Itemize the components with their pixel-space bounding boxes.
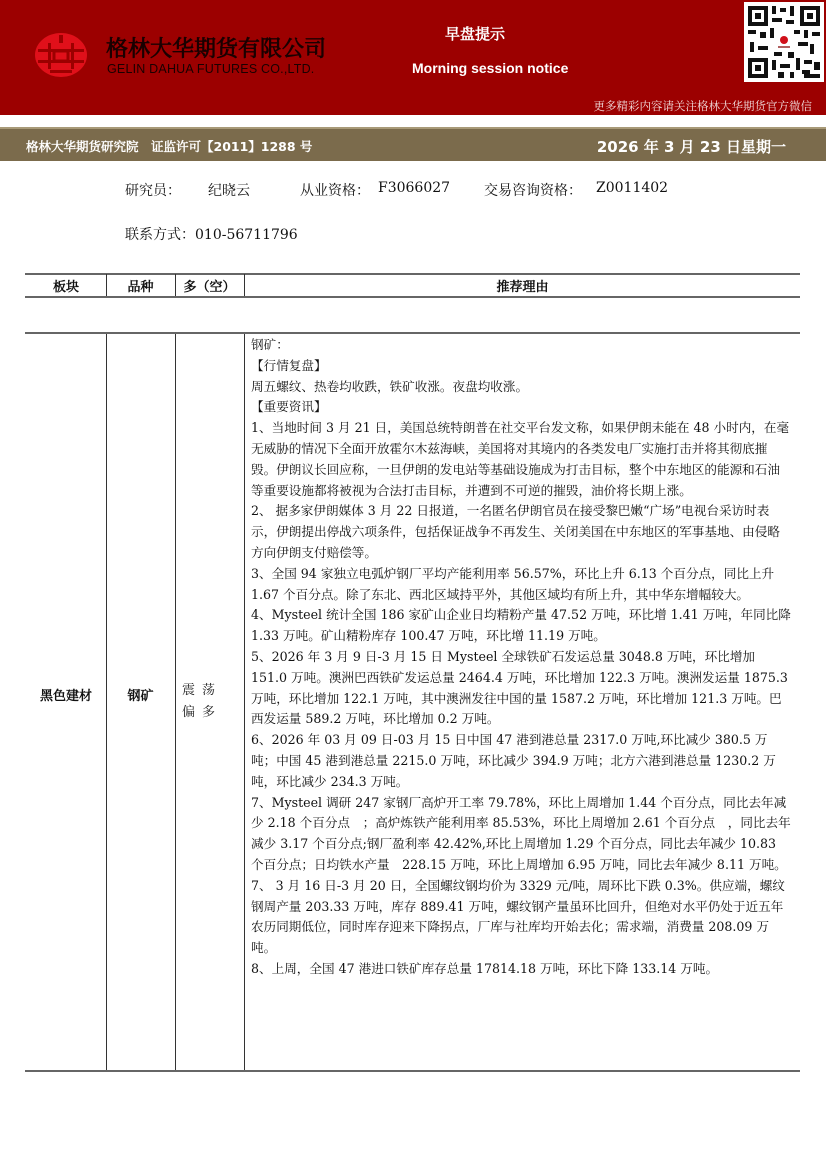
report-title-en: Morning session notice <box>412 60 568 76</box>
institute-license: 格林大华期货研究院 证监许可【2011】1288 号 <box>26 137 312 155</box>
company-name-cn: 格林大华期货有限公司 <box>106 32 326 63</box>
researcher-name: 纪晓云 <box>208 180 250 200</box>
header-band: 格林大华期货有限公司 GELIN DAHUA FUTURES CO.,LTD. … <box>0 0 826 115</box>
wechat-qr-code-icon <box>744 2 824 82</box>
company-name-en: GELIN DAHUA FUTURES CO.,LTD. <box>107 62 314 76</box>
cell-reason: 钢矿： 【行情复盘】 周五螺纹、热卷均收跌，铁矿收涨。夜盘均收涨。 【重要资讯】… <box>251 335 791 980</box>
cell-direction: 震荡偏多 <box>182 680 238 724</box>
info-bar: 格林大华期货研究院 证监许可【2011】1288 号 2026 年 3 月 23… <box>0 127 826 161</box>
reason-line: 2、 据多家伊朗媒体 3 月 22 日报道，一名匿名伊朗官员在接受黎巴嫩“广场”… <box>251 501 791 563</box>
column-divider <box>244 334 245 1070</box>
reason-line: 7、Mysteel 调研 247 家钢厂高炉开工率 79.78%，环比上周增加 … <box>251 793 791 876</box>
cell-sector: 黑色建材 <box>26 685 106 704</box>
reason-line: 3、全国 94 家独立电弧炉钢厂平均产能利用率 56.57%，环比上升 6.13… <box>251 564 791 606</box>
cell-variety: 钢矿 <box>106 685 175 704</box>
researcher-label: 研究员： <box>125 180 181 200</box>
reason-line: 钢矿： <box>251 335 791 356</box>
table-top-rule <box>25 273 800 275</box>
header-variety: 品种 <box>106 276 175 296</box>
qualification-label: 从业资格： <box>300 180 370 200</box>
qualification-id: F3066027 <box>378 180 450 196</box>
table-header-rule <box>25 296 800 298</box>
report-date: 2026 年 3 月 23 日星期一 <box>597 136 786 157</box>
reason-line: 4、Mysteel 统计全国 186 家矿山企业日均精粉产量 47.52 万吨，… <box>251 605 791 647</box>
column-divider <box>175 334 176 1070</box>
reason-line: 7、 3 月 16 日-3 月 20 日，全国螺纹钢均价为 3329 元/吨，周… <box>251 876 791 959</box>
company-logo-icon <box>34 32 88 78</box>
reason-line: 【重要资讯】 <box>251 397 791 418</box>
wechat-follow-note: 更多精彩内容请关注格林大华期货官方微信 <box>594 98 813 114</box>
reason-line: 1、当地时间 3 月 21 日，美国总统特朗普在社交平台发文称，如果伊朗未能在 … <box>251 418 791 501</box>
header-direction: 多（空） <box>175 276 244 296</box>
reason-line: 6、2026 年 03 月 09 日-03 月 15 日中国 47 港到港总量 … <box>251 730 791 792</box>
table-body-top-rule <box>25 332 800 334</box>
reason-line: 8、上周，全国 47 港进口铁矿库存总量 17814.18 万吨，环比下降 13… <box>251 959 791 980</box>
table-bottom-rule <box>25 1070 800 1072</box>
reason-line: 【行情复盘】 <box>251 356 791 377</box>
reason-line: 5、2026 年 3 月 9 日-3 月 15 日 Mysteel 全球铁矿石发… <box>251 647 791 730</box>
header-reason: 推荐理由 <box>245 276 800 296</box>
consulting-label: 交易咨询资格： <box>484 180 582 200</box>
consulting-id: Z0011402 <box>596 180 668 196</box>
report-title-cn: 早盘提示 <box>445 23 505 44</box>
contact-info: 联系方式：010-56711796 <box>125 224 298 244</box>
reason-line: 周五螺纹、热卷均收跌，铁矿收涨。夜盘均收涨。 <box>251 377 791 398</box>
header-sector: 板块 <box>26 276 106 296</box>
